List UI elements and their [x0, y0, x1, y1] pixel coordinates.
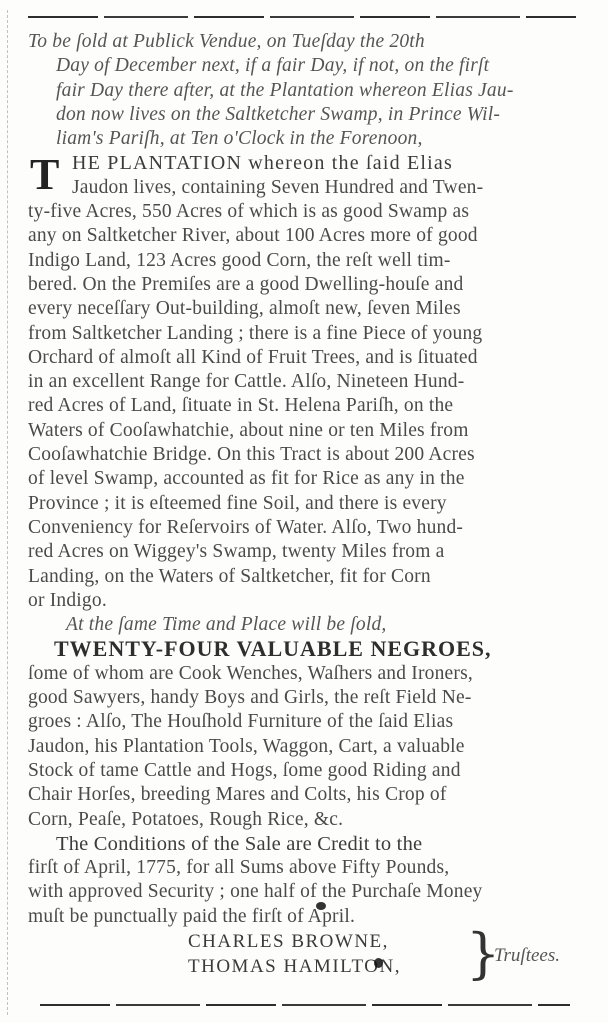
bottom-separator-rule: [40, 1004, 570, 1006]
negroes-line-7: Corn, Peaſe, Potatoes, Rough Rice, &c.: [28, 808, 576, 832]
plantation-heading-line: T HE PLANTATION whereon the ſaid Elias: [28, 151, 576, 175]
plantation-line-9: Orchard of almoſt all Kind of Fruit Tree…: [28, 346, 576, 370]
sale-advertisement: To be ſold at Publick Vendue, on Tueſday…: [28, 30, 576, 985]
negroes-line-5: Stock of tame Cattle and Hogs, ſome good…: [28, 759, 576, 783]
plantation-line-5: Indigo Land, 123 Acres good Corn, the re…: [28, 249, 576, 273]
plantation-line-18: Landing, on the Waters of Saltketcher, f…: [28, 565, 576, 589]
ink-blot: [374, 958, 383, 968]
signatory-thomas-hamilton: THOMAS HAMILTON,: [188, 956, 401, 978]
negroes-line-4: Jaudon, his Plantation Tools, Waggon, Ca…: [28, 735, 576, 759]
top-separator-rule: [28, 16, 576, 18]
plantation-line-15: Province ; it is eſteemed fine Soil, and…: [28, 492, 576, 516]
plantation-line-4: any on Saltketcher River, about 100 Acre…: [28, 224, 576, 248]
column-margin-rule: [7, 10, 8, 1015]
trustees-label: Truſtees.: [494, 945, 560, 967]
same-time-place-line: At the ſame Time and Place will be ſold,: [28, 613, 576, 637]
header-line-4: don now lives on the Saltketcher Swamp, …: [28, 103, 576, 127]
plantation-line-7: every neceſſary Out-building, almoſt new…: [28, 297, 576, 321]
conditions-line-2: firſt of April, 1775, for all Sums above…: [28, 856, 576, 880]
plantation-line-17: red Acres on Wiggey's Swamp, twenty Mile…: [28, 540, 576, 564]
header-line-3: fair Day there after, at the Plantation …: [28, 79, 576, 103]
plantation-line-10: in an excellent Range for Cattle. Alſo, …: [28, 370, 576, 394]
plantation-line-19: or Indigo.: [28, 589, 576, 613]
negroes-line-1: ſome of whom are Cook Wenches, Waſhers a…: [28, 662, 576, 686]
plantation-line-1: HE PLANTATION whereon the ſaid Elias: [72, 152, 453, 174]
negroes-heading: TWENTY-FOUR VALUABLE NEGROES,: [28, 637, 576, 661]
plantation-line-8: from Saltketcher Landing ; there is a fi…: [28, 322, 576, 346]
plantation-line-14: of level Swamp, accounted as fit for Ric…: [28, 467, 576, 491]
header-line-2: Day of December next, if a fair Day, if …: [28, 54, 576, 78]
plantation-line-6: bered. On the Premiſes are a good Dwelli…: [28, 273, 576, 297]
plantation-line-13: Cooſawhatchie Bridge. On this Tract is a…: [28, 443, 576, 467]
signatory-charles-browne: CHARLES BROWNE,: [188, 931, 389, 953]
plantation-line-12: Waters of Cooſawhatchie, about nine or t…: [28, 419, 576, 443]
plantation-line-16: Conveniency for Reſervoirs of Water. Alſ…: [28, 516, 576, 540]
ink-blot: [316, 902, 326, 910]
conditions-line-1: The Conditions of the Sale are Credit to…: [28, 832, 576, 856]
negroes-line-2: good Sawyers, handy Boys and Girls, the …: [28, 686, 576, 710]
header-line-5: liam's Pariſh, at Ten o'Clock in the For…: [28, 127, 576, 151]
plantation-line-11: red Acres of Land, ſituate in St. Helena…: [28, 394, 576, 418]
plantation-line-3: ty-five Acres, 550 Acres of which is as …: [28, 200, 576, 224]
signature-block: CHARLES BROWNE, THOMAS HAMILTON, } Truſt…: [28, 931, 576, 985]
drop-cap-letter: T: [30, 153, 61, 197]
header-line-1: To be ſold at Publick Vendue, on Tueſday…: [28, 30, 576, 54]
conditions-line-3: with approved Security ; one half of the…: [28, 880, 576, 904]
negroes-line-3: groes : Alſo, The Houſhold Furniture of …: [28, 710, 576, 734]
plantation-line-2: Jaudon lives, containing Seven Hundred a…: [28, 176, 576, 200]
newspaper-page: To be ſold at Publick Vendue, on Tueſday…: [0, 0, 608, 1023]
negroes-line-6: Chair Horſes, breeding Mares and Colts, …: [28, 783, 576, 807]
